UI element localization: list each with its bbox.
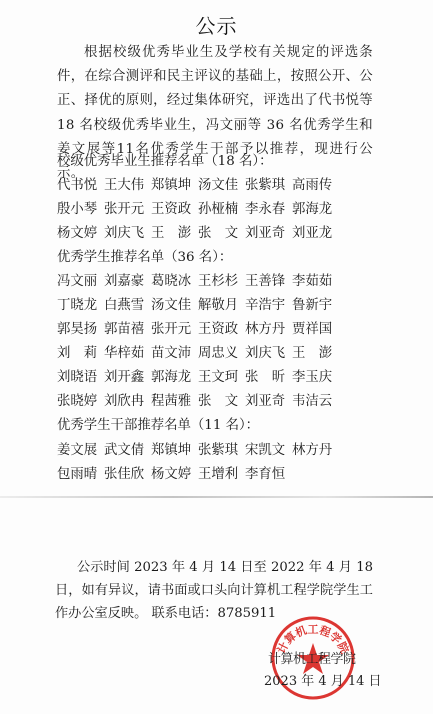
names-row: 杨文婷 刘庆飞 王 澎 张 文 刘亚奇 刘亚龙: [57, 224, 339, 244]
section-heading-cadres: 优秀学生干部推荐名单（11 名）：: [57, 416, 259, 436]
names-row: 刘晓语 刘开鑫 郭海龙 王文珂 张 昕 李玉庆: [57, 368, 339, 388]
name-item: 冯文丽: [57, 272, 104, 292]
name-item: 张 昕: [245, 368, 292, 388]
name-item: 刘亚龙: [292, 224, 339, 244]
name-item: 刘亚奇: [245, 392, 292, 412]
names-row: 郭昊扬 郭苗禧 张开元 王资政 林方丹 贾祥国: [57, 320, 339, 340]
name-item: 辛浩宇: [245, 296, 292, 316]
name-item: 张 文: [198, 392, 245, 412]
name-item: 姜文展: [57, 441, 104, 461]
name-item: 鲁新宇: [292, 296, 339, 316]
name-item: 王大伟: [104, 176, 151, 196]
name-item: 张晓婷: [57, 392, 104, 412]
name-item: 解敬月: [198, 296, 245, 316]
name-item: 刘晓语: [57, 368, 104, 388]
name-item: 张紫琪: [245, 176, 292, 196]
name-item: 程茜雅: [151, 392, 198, 412]
names-row: 刘 莉 华梓茹 苗文沛 周忠义 刘庆飞 王 澎: [57, 344, 339, 364]
names-row: 张晓婷 刘欣冉 程茜雅 张 文 刘亚奇 韦洁云: [57, 392, 339, 412]
page-fold-line: [0, 496, 433, 498]
notice-document: 公示 根据校级优秀毕业生及学校有关规定的评选条件，在综合测评和民主评议的基础上，…: [0, 0, 433, 714]
name-item: 张开元: [104, 200, 151, 220]
name-item: 林方丹: [292, 441, 339, 461]
name-item: 张 文: [198, 224, 245, 244]
name-item: 郑镇坤: [151, 176, 198, 196]
name-item: 丁晓龙: [57, 296, 104, 316]
name-item: 王善锋: [245, 272, 292, 292]
name-item: 王资政: [198, 320, 245, 340]
signature-date: 2023 年 4 月 14 日: [264, 670, 382, 689]
name-item: 郭苗禧: [104, 320, 151, 340]
name-item: 杨文婷: [57, 224, 104, 244]
name-item: 林方丹: [245, 320, 292, 340]
name-item: 李茹茹: [292, 272, 339, 292]
name-item: 刘庆飞: [245, 344, 292, 364]
name-item: 宋凯文: [245, 441, 292, 461]
name-item: 武文倩: [104, 441, 151, 461]
name-item: 刘欣冉: [104, 392, 151, 412]
name-item: 贾祥国: [292, 320, 339, 340]
name-item: 张紫琪: [198, 441, 245, 461]
name-item: 郭海龙: [151, 368, 198, 388]
name-item: 白燕雪: [104, 296, 151, 316]
section-heading-graduates: 校级优秀毕业生推荐名单（18 名）：: [57, 152, 272, 172]
name-item: 李育恒: [245, 465, 292, 485]
names-row: 殷小琴 张开元 王资政 孙桠楠 李永春 郭海龙: [57, 200, 339, 220]
name-item: 郑镇坤: [151, 441, 198, 461]
name-item: 张开元: [151, 320, 198, 340]
name-item: 孙桠楠: [198, 200, 245, 220]
name-item: 葛晓冰: [151, 272, 198, 292]
name-item: 李玉庆: [292, 368, 339, 388]
name-item: 包雨晴: [57, 465, 104, 485]
name-item: 王 澎: [292, 344, 339, 364]
name-item: 王 澎: [151, 224, 198, 244]
name-item: 苗文沛: [151, 344, 198, 364]
name-item: 郭海龙: [292, 200, 339, 220]
name-item: 周忠义: [198, 344, 245, 364]
section-heading-students: 优秀学生推荐名单（36 名）：: [57, 248, 232, 268]
document-title: 公示: [0, 10, 433, 39]
name-item: 王文珂: [198, 368, 245, 388]
name-item: 刘庆飞: [104, 224, 151, 244]
name-item: 高雨传: [292, 176, 339, 196]
name-item: 王资政: [151, 200, 198, 220]
names-row: 姜文展 武文倩 郑镇坤 张紫琪 宋凯文 林方丹: [57, 441, 339, 461]
names-row: 丁晓龙 白燕雪 汤文佳 解敬月 辛浩宇 鲁新宇: [57, 296, 339, 316]
name-item: 张佳欣: [104, 465, 151, 485]
name-item: 刘 莉: [57, 344, 104, 364]
name-item: 王增利: [198, 465, 245, 485]
name-item: 华梓茹: [104, 344, 151, 364]
signature-org: 计算机工程学院: [268, 648, 356, 667]
name-item: 杨文婷: [151, 465, 198, 485]
name-item: 韦洁云: [292, 392, 339, 412]
name-item: 代书悦: [57, 176, 104, 196]
name-item: 王杉杉: [198, 272, 245, 292]
name-item: 汤文佳: [151, 296, 198, 316]
names-row: 包雨晴 张佳欣 杨文婷 王增利 李育恒: [57, 465, 292, 485]
names-row: 代书悦 王大伟 郑镇坤 汤文佳 张紫琪 高雨传: [57, 176, 339, 196]
name-item: 汤文佳: [198, 176, 245, 196]
names-row: 冯文丽 刘嘉豪 葛晓冰 王杉杉 王善锋 李茹茹: [57, 272, 339, 292]
name-item: 刘开鑫: [104, 368, 151, 388]
name-item: 刘亚奇: [245, 224, 292, 244]
name-item: 李永春: [245, 200, 292, 220]
name-item: 郭昊扬: [57, 320, 104, 340]
name-item: 殷小琴: [57, 200, 104, 220]
name-item: 刘嘉豪: [104, 272, 151, 292]
